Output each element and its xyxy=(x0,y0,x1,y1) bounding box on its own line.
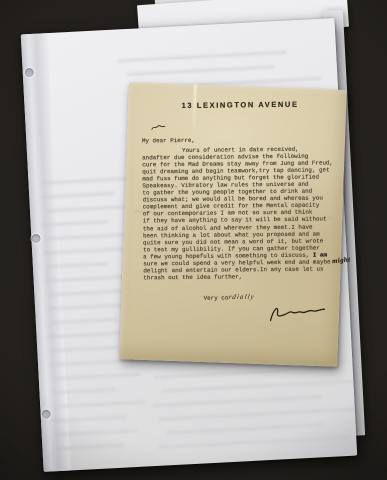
bleed-through-line xyxy=(51,415,127,422)
bleed-through-line xyxy=(55,401,145,409)
bleed-through-line xyxy=(53,373,141,381)
bleed-through-line xyxy=(167,423,325,434)
bleed-through-line xyxy=(48,262,108,268)
signature-row xyxy=(144,303,341,327)
letter-line: thrash out the idea further, xyxy=(143,272,340,281)
bleed-through-line xyxy=(51,388,115,394)
handwritten-word: might xyxy=(332,256,351,265)
bleed-through-line xyxy=(41,220,109,227)
salutation: My dear Pierre, xyxy=(142,137,195,145)
bleed-through-line xyxy=(49,360,121,367)
bleed-through-line xyxy=(157,436,349,449)
closing-typed: Very co xyxy=(204,294,229,301)
bleed-through-line xyxy=(127,65,275,76)
bleed-through-line xyxy=(117,51,287,63)
bleed-through-line xyxy=(54,444,124,451)
bleed-through-line xyxy=(55,429,139,436)
bleed-through-line xyxy=(44,247,124,254)
bleed-through-line xyxy=(47,331,131,338)
closing-handwritten: rdially xyxy=(228,294,255,301)
bleed-through-line xyxy=(154,367,334,379)
bleed-through-line xyxy=(162,379,358,392)
bleed-through-line xyxy=(152,395,322,407)
bleed-through-line xyxy=(48,289,126,296)
letter-text: 13 LEXINGTON AVENUE My dear Pierre, Your… xyxy=(141,94,340,327)
bleed-through-line xyxy=(159,407,357,421)
photo: 13 LEXINGTON AVENUE My dear Pierre, Your… xyxy=(0,0,387,480)
bleed-through-line xyxy=(45,233,133,241)
handwritten-correction-mark xyxy=(151,124,166,131)
letterhead: 13 LEXINGTON AVENUE xyxy=(142,99,339,110)
salutation-row: My dear Pierre, xyxy=(142,127,339,147)
letter-paper: 13 LEXINGTON AVENUE My dear Pierre, Your… xyxy=(119,82,347,366)
bleed-through-line xyxy=(42,177,128,184)
bleed-through-line xyxy=(41,192,115,199)
bleed-through-line xyxy=(52,318,118,324)
